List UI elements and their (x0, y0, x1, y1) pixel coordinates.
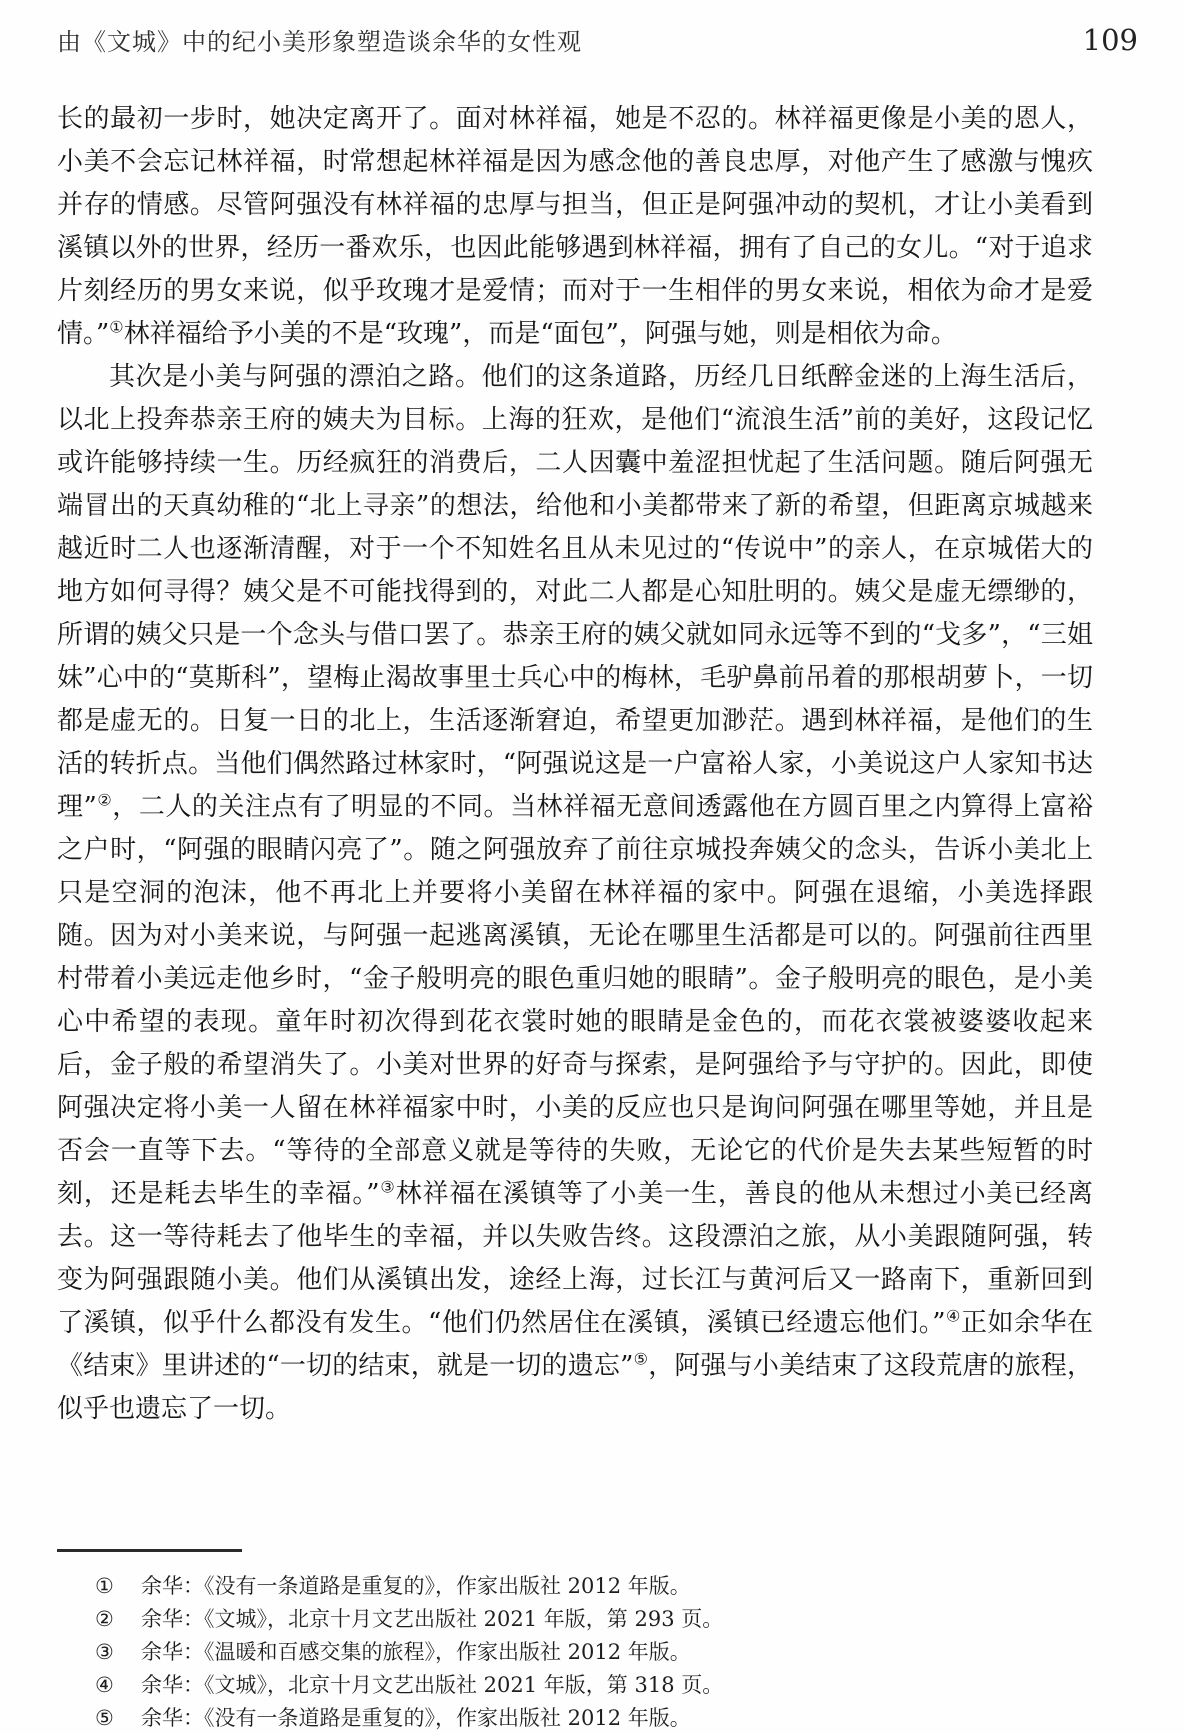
footnote-text: 余华：《温暖和百感交集的旅程》，作家出版社 2012 年版。 (141, 1636, 1095, 1669)
page-number: 109 (1083, 23, 1138, 57)
footnote-separator (57, 1549, 242, 1552)
footnote-list: ①余华：《没有一条道路是重复的》，作家出版社 2012 年版。②余华：《文城》，… (95, 1570, 1095, 1733)
page-header: 由《文城》中的纪小美形象塑造谈余华的女性观 109 (57, 22, 1138, 57)
footnote-marker: ④ (95, 1669, 141, 1702)
footnote-item: ③余华：《温暖和百感交集的旅程》，作家出版社 2012 年版。 (95, 1636, 1095, 1669)
paper-page: 由《文城》中的纪小美形象塑造谈余华的女性观 109 长的最初一步时，她决定离开了… (0, 0, 1184, 1733)
footnote-item: ⑤余华：《没有一条道路是重复的》，作家出版社 2012 年版。 (95, 1702, 1095, 1733)
footnote-marker: ② (95, 1603, 141, 1636)
footnote-marker: ⑤ (95, 1702, 141, 1733)
footnote-text: 余华：《文城》，北京十月文艺出版社 2021 年版，第 293 页。 (141, 1603, 1095, 1636)
footnote-marker: ① (95, 1570, 141, 1603)
footnote-ref: ⑤ (633, 1349, 648, 1368)
footnote-ref: ② (97, 790, 112, 809)
footnote-text: 余华：《没有一条道路是重复的》，作家出版社 2012 年版。 (141, 1702, 1095, 1733)
footnote-item: ④余华：《文城》，北京十月文艺出版社 2021 年版，第 318 页。 (95, 1669, 1095, 1702)
footnote-item: ①余华：《没有一条道路是重复的》，作家出版社 2012 年版。 (95, 1570, 1095, 1603)
footnote-marker: ③ (95, 1636, 141, 1669)
running-title: 由《文城》中的纪小美形象塑造谈余华的女性观 (57, 22, 582, 57)
footnote-ref: ① (109, 317, 123, 336)
footnote-text: 余华：《文城》，北京十月文艺出版社 2021 年版，第 318 页。 (141, 1669, 1095, 1702)
footnote-item: ②余华：《文城》，北京十月文艺出版社 2021 年版，第 293 页。 (95, 1603, 1095, 1636)
paragraph: 其次是小美与阿强的漂泊之路。他们的这条道路，历经几日纸醉金迷的上海生活后，以北上… (57, 356, 1093, 1431)
body-text: 长的最初一步时，她决定离开了。面对林祥福，她是不忍的。林祥福更像是小美的恩人，小… (57, 98, 1093, 1431)
footnote-ref: ③ (380, 1177, 396, 1196)
footnote-text: 余华：《没有一条道路是重复的》，作家出版社 2012 年版。 (141, 1570, 1095, 1603)
footnote-ref: ④ (946, 1306, 961, 1325)
paragraph: 长的最初一步时，她决定离开了。面对林祥福，她是不忍的。林祥福更像是小美的恩人，小… (57, 98, 1093, 356)
